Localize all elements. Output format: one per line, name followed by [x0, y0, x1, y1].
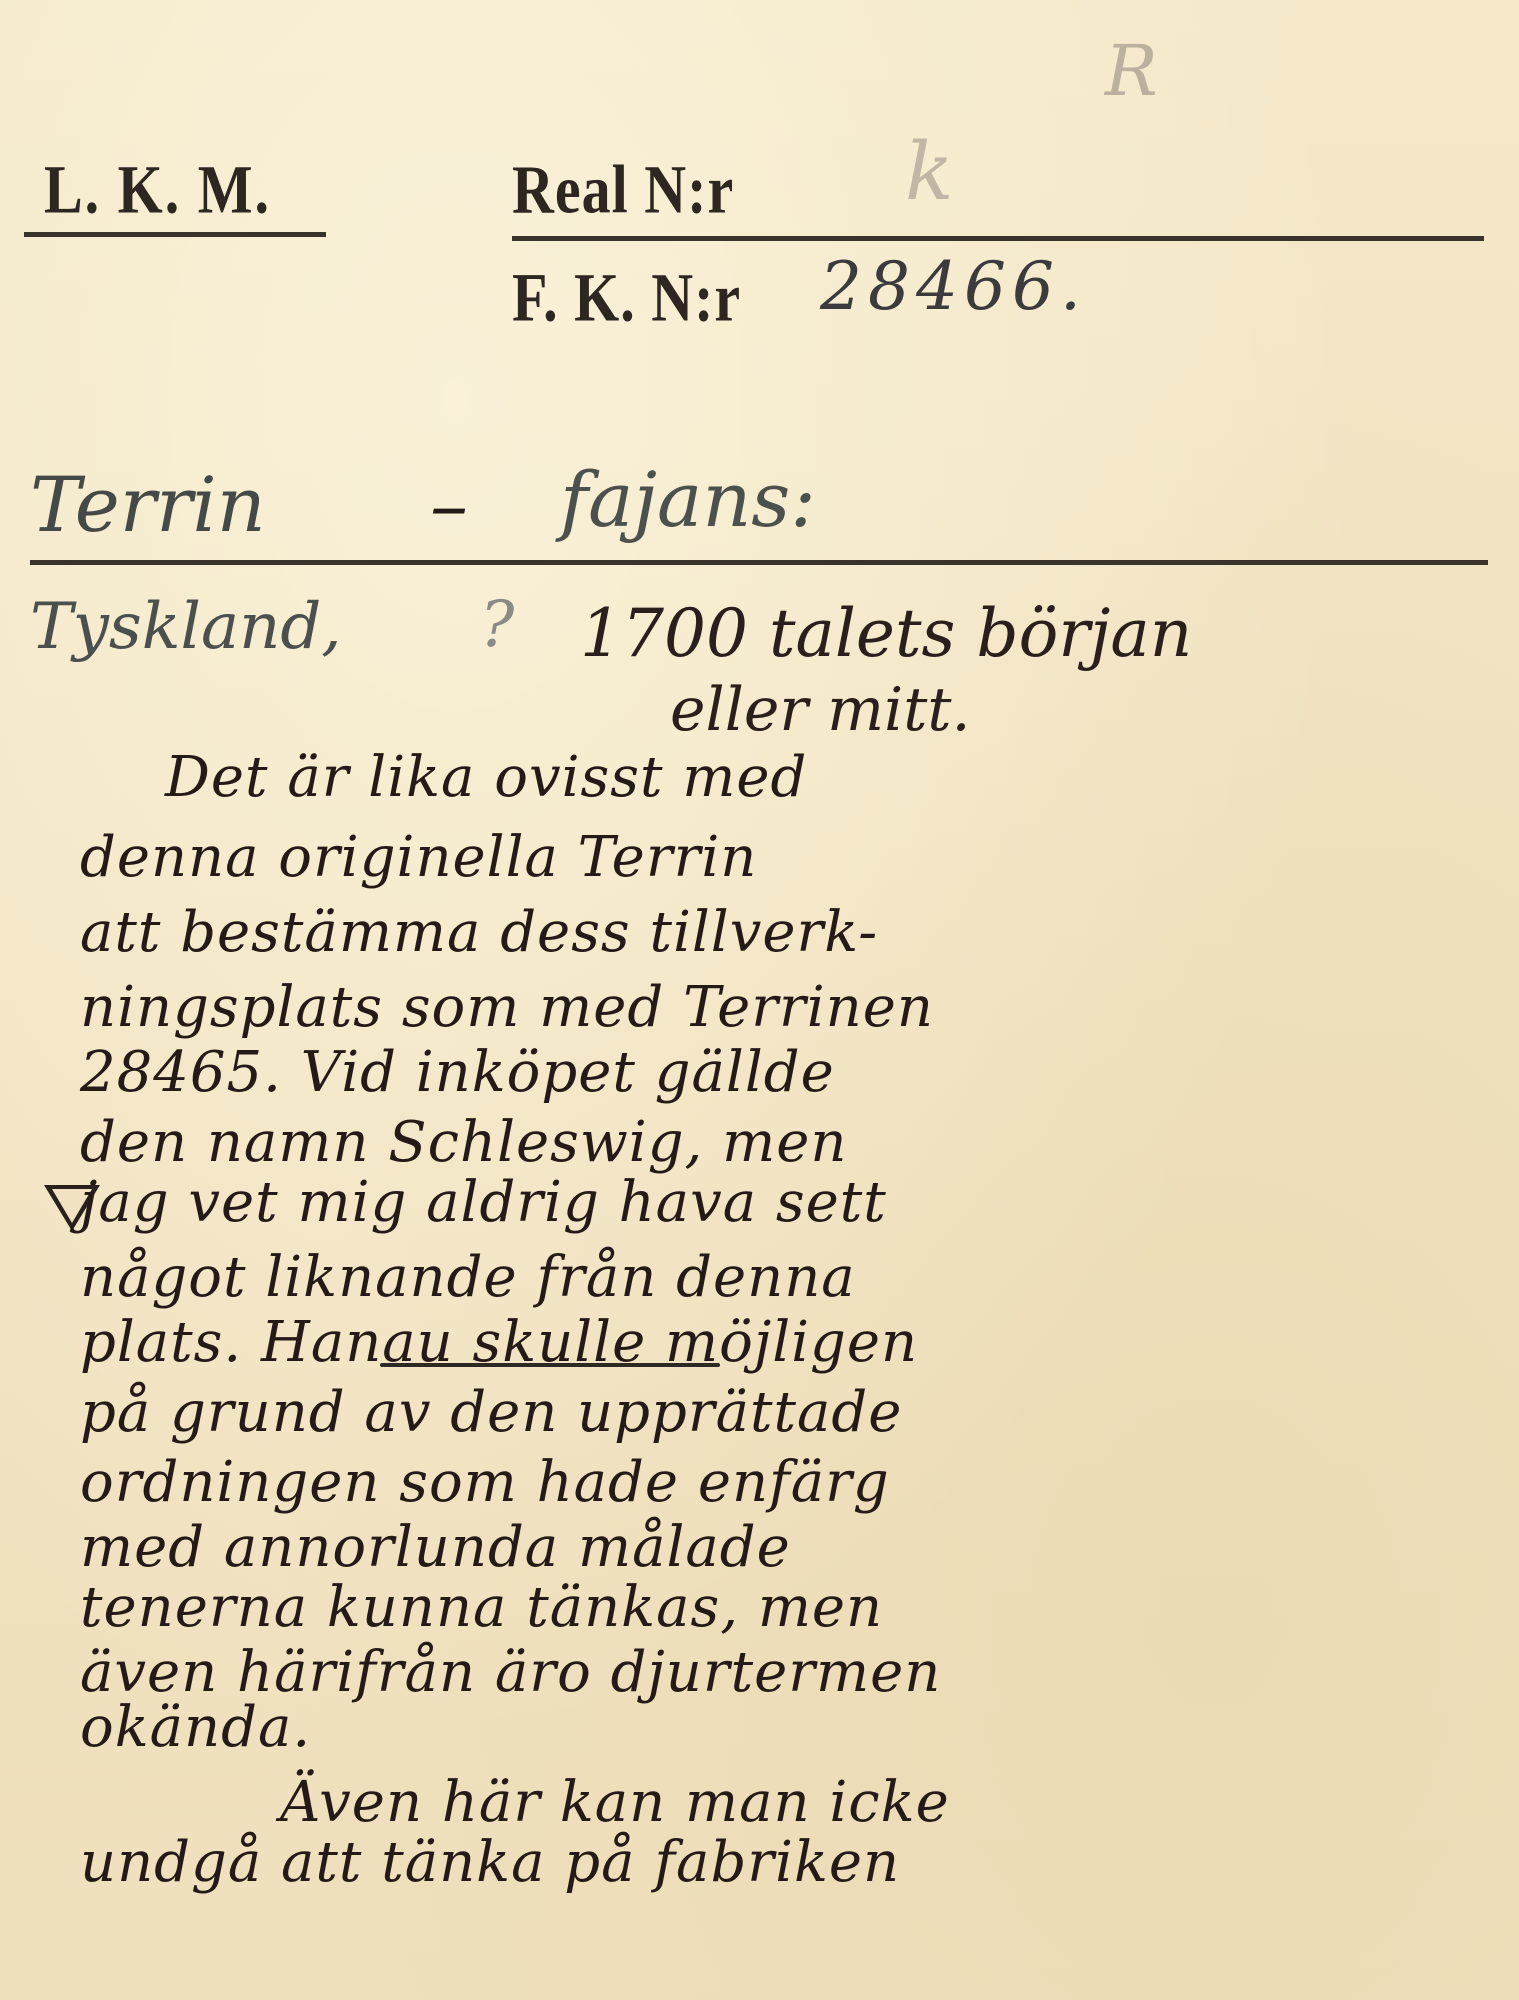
body-line: ningsplats som med Terrinen — [80, 975, 934, 1040]
title-rule — [30, 560, 1488, 565]
pencil-mark-k: k — [905, 125, 953, 218]
real-number-label: Real N:r — [512, 150, 734, 229]
fk-number-label: F. K. N:r — [512, 258, 741, 337]
body-line: Det är lika ovisst med — [165, 745, 807, 810]
body-line: att bestämma dess tillverk- — [80, 900, 878, 965]
origin-country: Tyskland, — [30, 590, 342, 664]
origin-uncertain-mark: ? — [480, 588, 514, 662]
body-line: Även här kan man icke — [280, 1770, 950, 1835]
body-line: okända. — [80, 1695, 311, 1760]
body-line: 28465. Vid inköpet gällde — [80, 1040, 835, 1105]
body-line: jag vet mig aldrig hava sett — [80, 1170, 887, 1235]
handwritten-underline — [380, 1363, 720, 1367]
institution-rule — [24, 232, 326, 237]
dating-line-1: 1700 talets början — [580, 595, 1192, 672]
body-line: denna originella Terrin — [80, 825, 757, 890]
fk-number-value: 28466. — [820, 248, 1087, 325]
dating-line-2: eller mitt. — [670, 675, 971, 745]
institution-label: L. K. M. — [44, 150, 271, 229]
body-line: den namn Schleswig, men — [80, 1110, 847, 1175]
object-material: fajans: — [560, 455, 816, 544]
object-title: Terrin — [30, 460, 266, 549]
title-dash: – — [430, 460, 468, 549]
body-line: ordningen som hade enfärg — [80, 1450, 890, 1515]
real-number-rule — [512, 236, 1484, 241]
body-line: undgå att tänka på fabriken — [80, 1830, 900, 1895]
body-line: på grund av den upprättade — [80, 1380, 902, 1445]
body-line: med annorlunda målade — [80, 1515, 791, 1580]
body-line: något liknande från denna — [80, 1245, 856, 1310]
body-line: tenerna kunna tänkas, men — [80, 1575, 883, 1640]
pencil-mark-r: R — [1105, 30, 1158, 112]
